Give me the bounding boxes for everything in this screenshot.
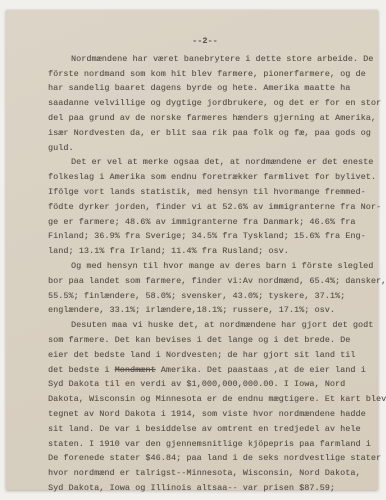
text-line: Det er vel at merke ogsaa det, at nordmæ… [48, 155, 362, 170]
text-line: Ifölge vort lands statistik, med hensyn … [48, 185, 362, 200]
text-segment: Amerika. Det paastaas ,at de eier land i [156, 365, 366, 375]
text-line: Nordmændene har været banebrytere i dett… [48, 52, 362, 67]
text-line: har sandelig baaret dagens byrde og hete… [48, 81, 362, 96]
page-number: --2-- [48, 34, 362, 49]
text-line: Desuten maa vi huske det, at nordmændene… [48, 318, 362, 333]
text-line: eier det bedste land i Nordvesten; de ha… [48, 348, 362, 363]
text-line: saadanne velvillige og dygtige jordbruke… [48, 96, 362, 111]
text-line: englændere, 33.1%; irlændere,18.1%; russ… [48, 303, 362, 318]
text-line: del paa grund av de norske farmeres hænd… [48, 111, 362, 126]
text-line: Finland; 36.9% fra Sverige; 34.5% fra Ty… [48, 229, 362, 244]
text-line: tegnet av Nord Dakota i 1914, som viste … [48, 407, 362, 422]
text-line: De forenede stater $46.84; paa land i de… [48, 451, 362, 466]
typewritten-text-block: --2-- Nordmændene har været banebrytere … [48, 34, 362, 496]
text-line: især Nordvesten da, er blit saa rik paa … [48, 126, 362, 141]
text-line: guld. [48, 141, 362, 156]
text-line: Syd Dakota til en verdi av $1,000,000,00… [48, 377, 362, 392]
text-line: Dakota, Wisconsin og Minnesota er de end… [48, 392, 362, 407]
manuscript-paper: --2-- Nordmændene har været banebrytere … [6, 10, 378, 490]
text-line: Syd Dakota, Iowa og Illinois altsaa-- va… [48, 481, 362, 496]
text-line: hvor nordmænd er talrigst--Minnesota, Wi… [48, 466, 362, 481]
text-line: födte dyrker jorden, finder vi at 52.6% … [48, 200, 362, 215]
text-segment: det bedste i [48, 365, 115, 375]
text-line: det bedste i Mondmænt Amerika. Det paast… [48, 363, 362, 378]
text-line: land; 13.1% fra Irland; 11.4% fra Ruslan… [48, 244, 362, 259]
text-line: Og med hensyn til hvor mange av deres ba… [48, 259, 362, 274]
text-line: förste nordmand som kom hit blev farmere… [48, 67, 362, 82]
text-line: som farmere. Det kan bevises i det lange… [48, 333, 362, 348]
text-line: folkeslag i Amerika som endnu foretrække… [48, 170, 362, 185]
paragraphs-container: Nordmændene har været banebrytere i dett… [48, 52, 362, 496]
text-line: sit land. De var i besiddelse av omtrent… [48, 422, 362, 437]
text-line: bor paa landet som farmere, finder vi:Av… [48, 274, 362, 289]
text-line: 55.5%; finlændere, 58.0%; svensker, 43.0… [48, 289, 362, 304]
scanned-page-background: --2-- Nordmændene har været banebrytere … [0, 0, 386, 500]
struck-out-word: Mondmænt [115, 365, 156, 375]
text-line: staten. I 1910 var den gjennemsnitlige k… [48, 437, 362, 452]
text-line: ge er farmere; 48.6% av immigranterne fr… [48, 215, 362, 230]
